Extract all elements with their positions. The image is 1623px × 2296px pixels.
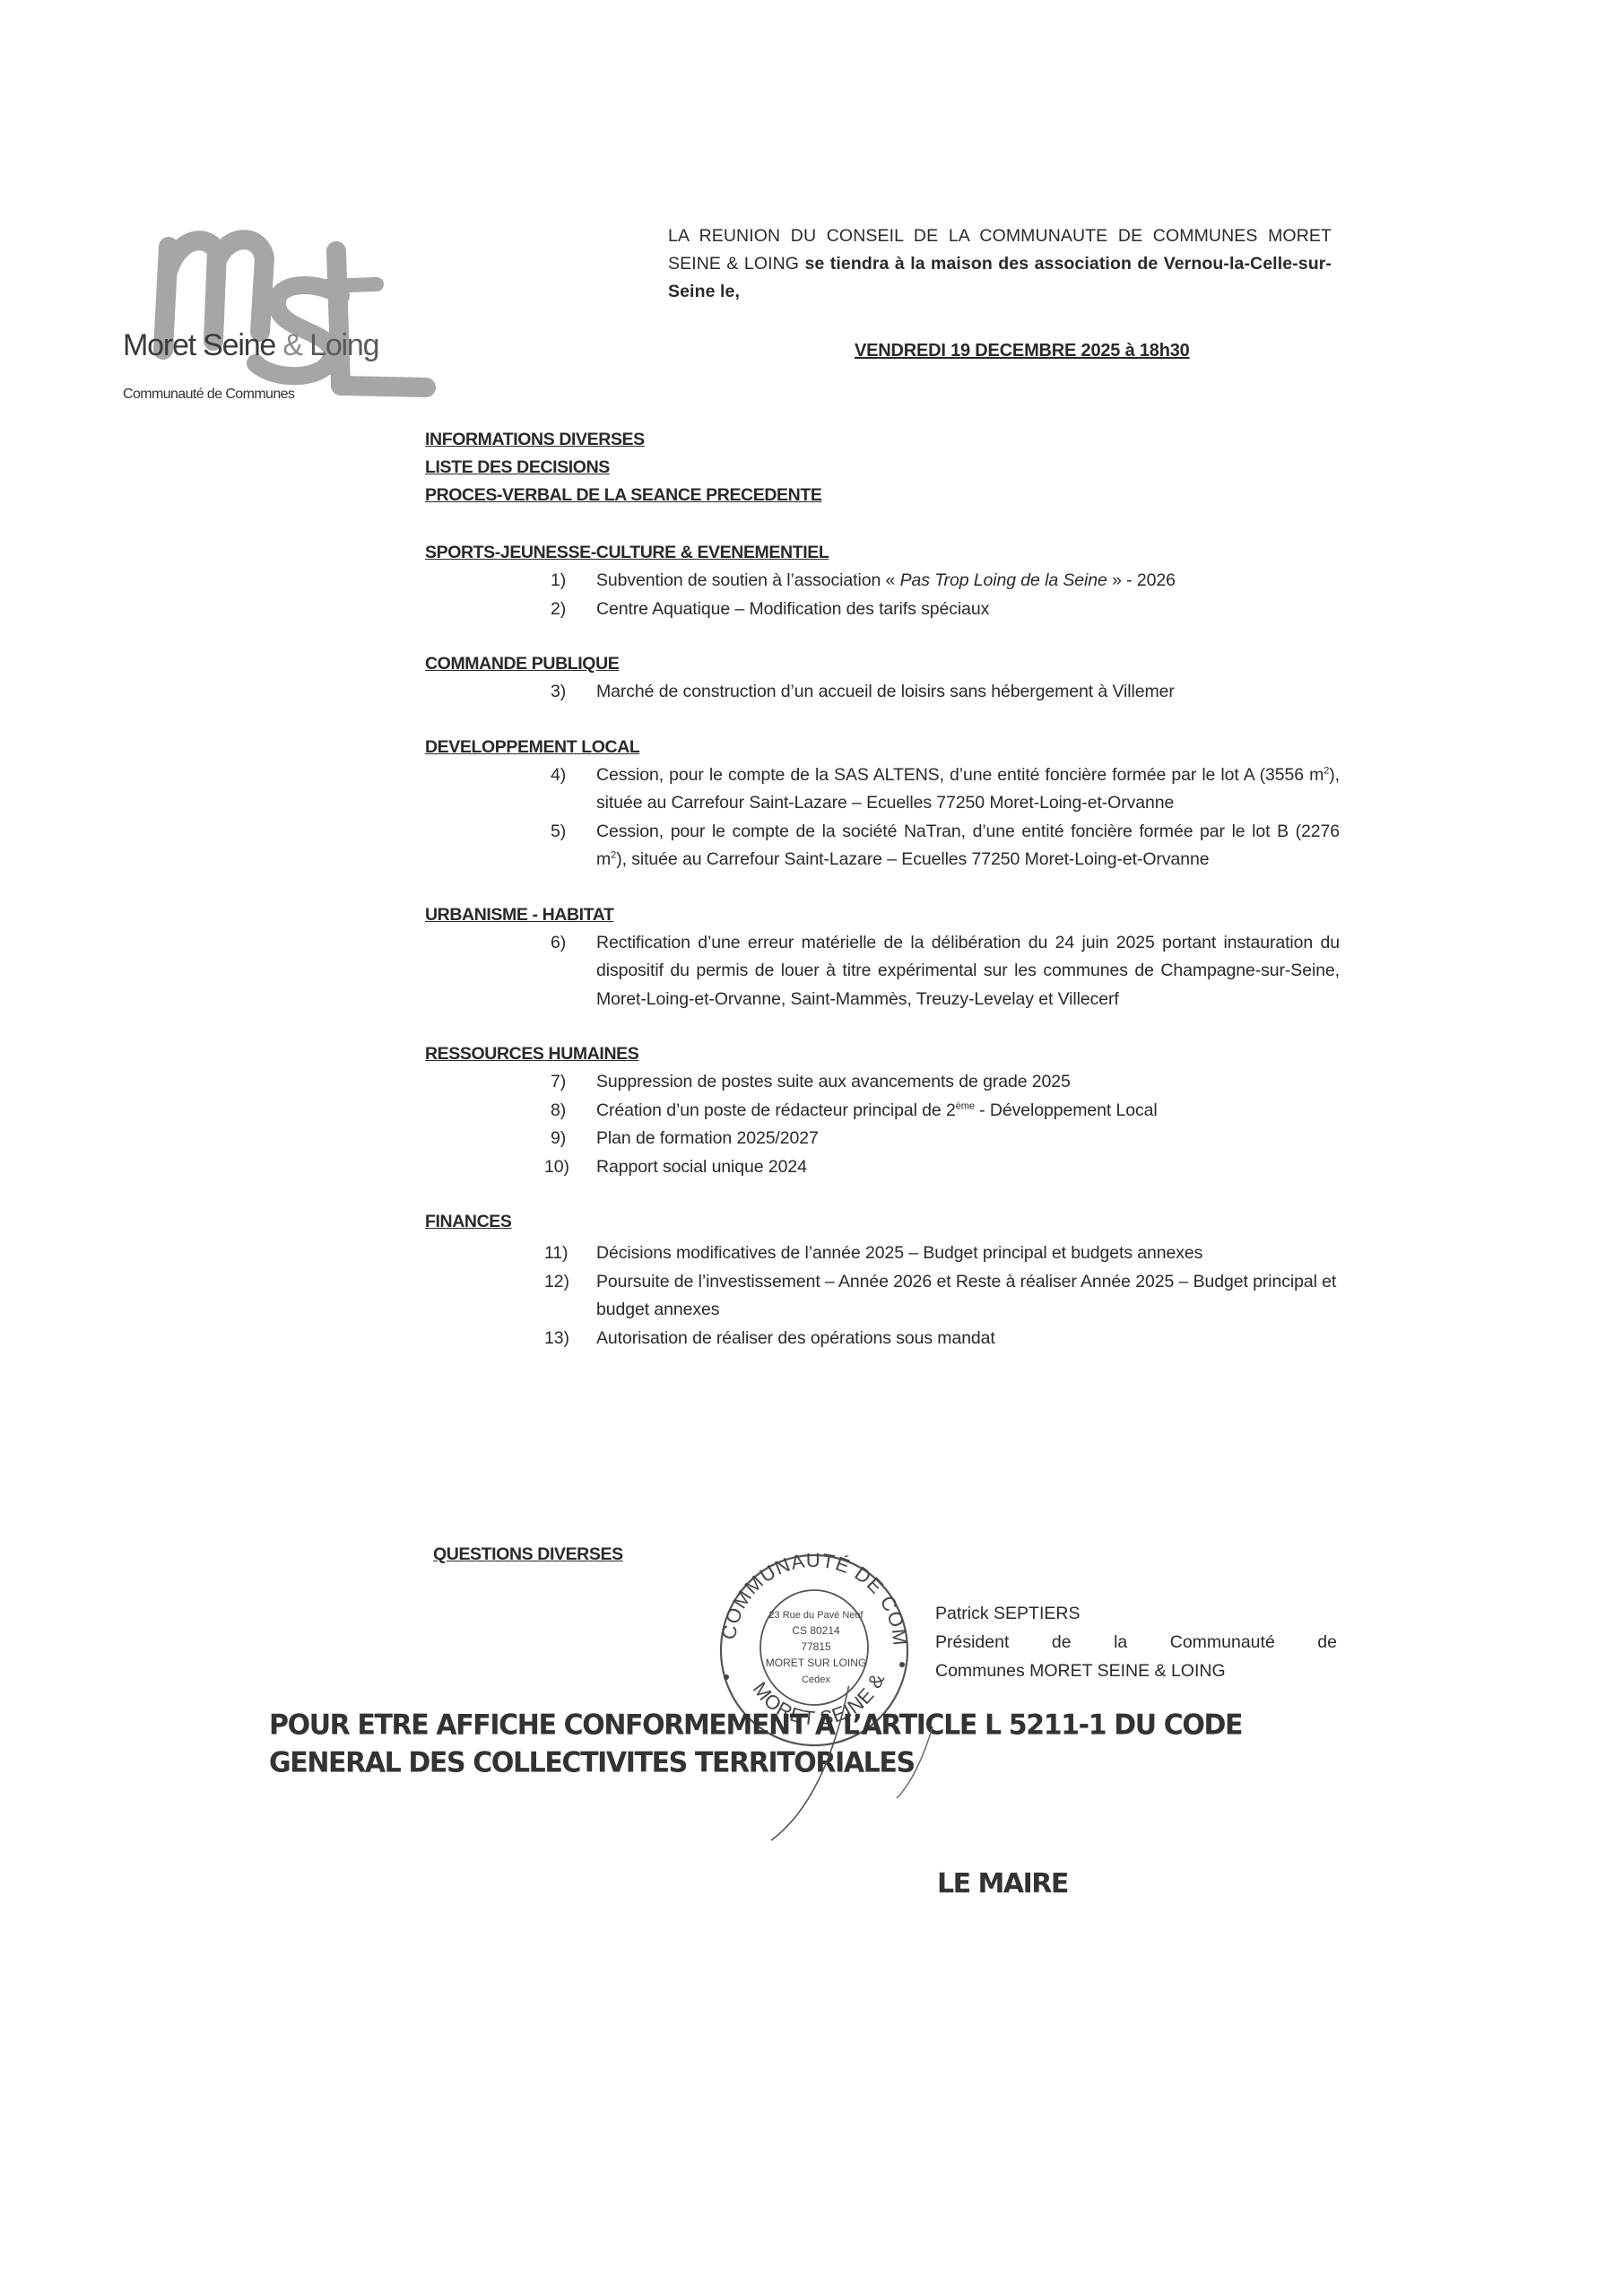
mayor-label: LE MAIRE (937, 1868, 1068, 1900)
item-number: 8) (551, 1097, 566, 1126)
item-text: Décisions modificatives de l’année 2025 … (596, 1243, 1202, 1263)
heading-questions-diverses: QUESTIONS DIVERSES (433, 1544, 623, 1565)
item-text: Marché de construction d’un accueil de l… (596, 682, 1175, 701)
section-commande-publique: COMMANDE PUBLIQUE 3)Marché de constructi… (425, 650, 1340, 707)
agenda: INFORMATIONS DIVERSES LISTE DES DECISION… (425, 426, 1340, 1352)
item-text-end: » - 2026 (1107, 570, 1176, 590)
logo-name-part1: Moret Seine (123, 328, 275, 362)
heading-informations-diverses: INFORMATIONS DIVERSES (425, 426, 1340, 454)
item-number: 10) (544, 1153, 569, 1182)
item-number: 9) (551, 1125, 566, 1153)
item-text: Rapport social unique 2024 (596, 1157, 807, 1177)
item-text: Plan de formation 2025/2027 (596, 1128, 819, 1148)
item-number: 4) (551, 761, 566, 790)
preliminary-section: INFORMATIONS DIVERSES LISTE DES DECISION… (425, 426, 1340, 509)
item-text: Poursuite de l’investissement – Année 20… (596, 1272, 1336, 1320)
item-text: Centre Aquatique – Modification des tari… (596, 599, 989, 619)
item-text-end: ), située au Carrefour Saint-Lazare – Ec… (616, 849, 1209, 869)
section-title: RESSOURCES HUMAINES (425, 1040, 1340, 1068)
item-superscript: ème (956, 1100, 975, 1111)
section-developpement-local: DEVELOPPEMENT LOCAL 4)Cession, pour le c… (425, 734, 1340, 874)
meeting-date: VENDREDI 19 DECEMBRE 2025 à 18h30 (855, 341, 1190, 361)
agenda-item: 6)Rectification d’une erreur matérielle … (425, 929, 1340, 1014)
section-finances: FINANCES 11)Décisions modificatives de l… (425, 1208, 1340, 1352)
section-urbanisme: URBANISME - HABITAT 6)Rectification d’un… (425, 901, 1340, 1014)
item-text: Suppression de postes suite aux avanceme… (596, 1072, 1071, 1091)
agenda-item: 5)Cession, pour le compte de la société … (425, 818, 1340, 874)
svg-text:77815: 77815 (801, 1640, 831, 1653)
section-title: URBANISME - HABITAT (425, 901, 1340, 929)
svg-text:CS 80214: CS 80214 (792, 1624, 840, 1637)
signer-name: Patrick SEPTIERS (935, 1599, 1337, 1628)
item-text: Cession, pour le compte de la SAS ALTENS… (596, 765, 1324, 785)
signer-block: Patrick SEPTIERS Président de la Communa… (935, 1599, 1337, 1685)
agenda-item: 7)Suppression de postes suite aux avance… (425, 1068, 1340, 1097)
item-number: 6) (551, 929, 566, 958)
heading-proces-verbal: PROCES-VERBAL DE LA SEANCE PRECEDENTE (425, 482, 1340, 509)
logo-name: Moret Seine & Loing (123, 328, 378, 363)
logo-subtitle: Communauté de Communes (123, 387, 294, 403)
msl-monogram-icon (117, 197, 457, 413)
section-title: SPORTS-JEUNESSE-CULTURE & EVENEMENTIEL (425, 539, 1340, 567)
logo: Moret Seine & Loing Communauté de Commun… (117, 197, 457, 413)
item-number: 13) (544, 1325, 569, 1353)
item-text-italic: Pas Trop Loing de la Seine (900, 570, 1107, 590)
agenda-item: 8)Création d’un poste de rédacteur princ… (425, 1097, 1340, 1126)
agenda-item: 10)Rapport social unique 2024 (425, 1153, 1340, 1182)
item-number: 7) (551, 1068, 566, 1097)
logo-name-part2: Loing (309, 328, 378, 362)
signer-title-word: de (1317, 1628, 1337, 1657)
item-number: 5) (551, 818, 566, 847)
svg-text:23 Rue du Pavé Neuf: 23 Rue du Pavé Neuf (768, 1610, 864, 1621)
agenda-item: 12)Poursuite de l’investissement – Année… (425, 1268, 1340, 1325)
signer-title-word: la (1114, 1628, 1127, 1657)
logo-ampersand: & (282, 328, 301, 362)
item-number: 1) (551, 567, 566, 596)
agenda-item: 13)Autorisation de réaliser des opératio… (425, 1325, 1340, 1353)
item-number: 12) (544, 1268, 569, 1297)
agenda-item: 1)Subvention de soutien à l’association … (425, 567, 1340, 596)
agenda-item: 4)Cession, pour le compte de la SAS ALTE… (425, 761, 1340, 818)
item-number: 2) (551, 596, 566, 624)
item-text: Subvention de soutien à l’association « (596, 570, 900, 590)
signer-title-word: Communauté (1170, 1628, 1275, 1657)
svg-text:MORET SUR LOING: MORET SUR LOING (766, 1657, 866, 1669)
section-ressources-humaines: RESSOURCES HUMAINES 7)Suppression de pos… (425, 1040, 1340, 1181)
handwritten-signature-icon (753, 1686, 1022, 1865)
signer-title: Président de la Communauté de (935, 1628, 1337, 1657)
svg-text:Cedex: Cedex (802, 1674, 830, 1685)
section-sports: SPORTS-JEUNESSE-CULTURE & EVENEMENTIEL 1… (425, 539, 1340, 623)
item-number: 3) (551, 678, 566, 707)
agenda-item: 11)Décisions modificatives de l’année 20… (425, 1239, 1340, 1268)
meeting-intro: LA REUNION DU CONSEIL DE LA COMMUNAUTE D… (668, 222, 1332, 306)
item-text: Rectification d’une erreur matérielle de… (596, 933, 1340, 1009)
item-text: Autorisation de réaliser des opérations … (596, 1328, 995, 1348)
agenda-item: 2)Centre Aquatique – Modification des ta… (425, 596, 1340, 624)
agenda-item: 9)Plan de formation 2025/2027 (425, 1125, 1340, 1153)
agenda-item: 3)Marché de construction d’un accueil de… (425, 678, 1340, 707)
item-text-end: - Développement Local (975, 1100, 1158, 1120)
section-title: DEVELOPPEMENT LOCAL (425, 734, 1340, 761)
item-number: 11) (544, 1239, 568, 1268)
item-text: Création d’un poste de rédacteur princip… (596, 1100, 956, 1120)
signer-title-word: de (1052, 1628, 1072, 1657)
signer-title-word: Président (935, 1628, 1009, 1657)
section-title: COMMANDE PUBLIQUE (425, 650, 1340, 678)
heading-liste-decisions: LISTE DES DECISIONS (425, 454, 1340, 482)
section-title: FINANCES (425, 1208, 1340, 1236)
signer-organisation: Communes MORET SEINE & LOING (935, 1657, 1337, 1685)
